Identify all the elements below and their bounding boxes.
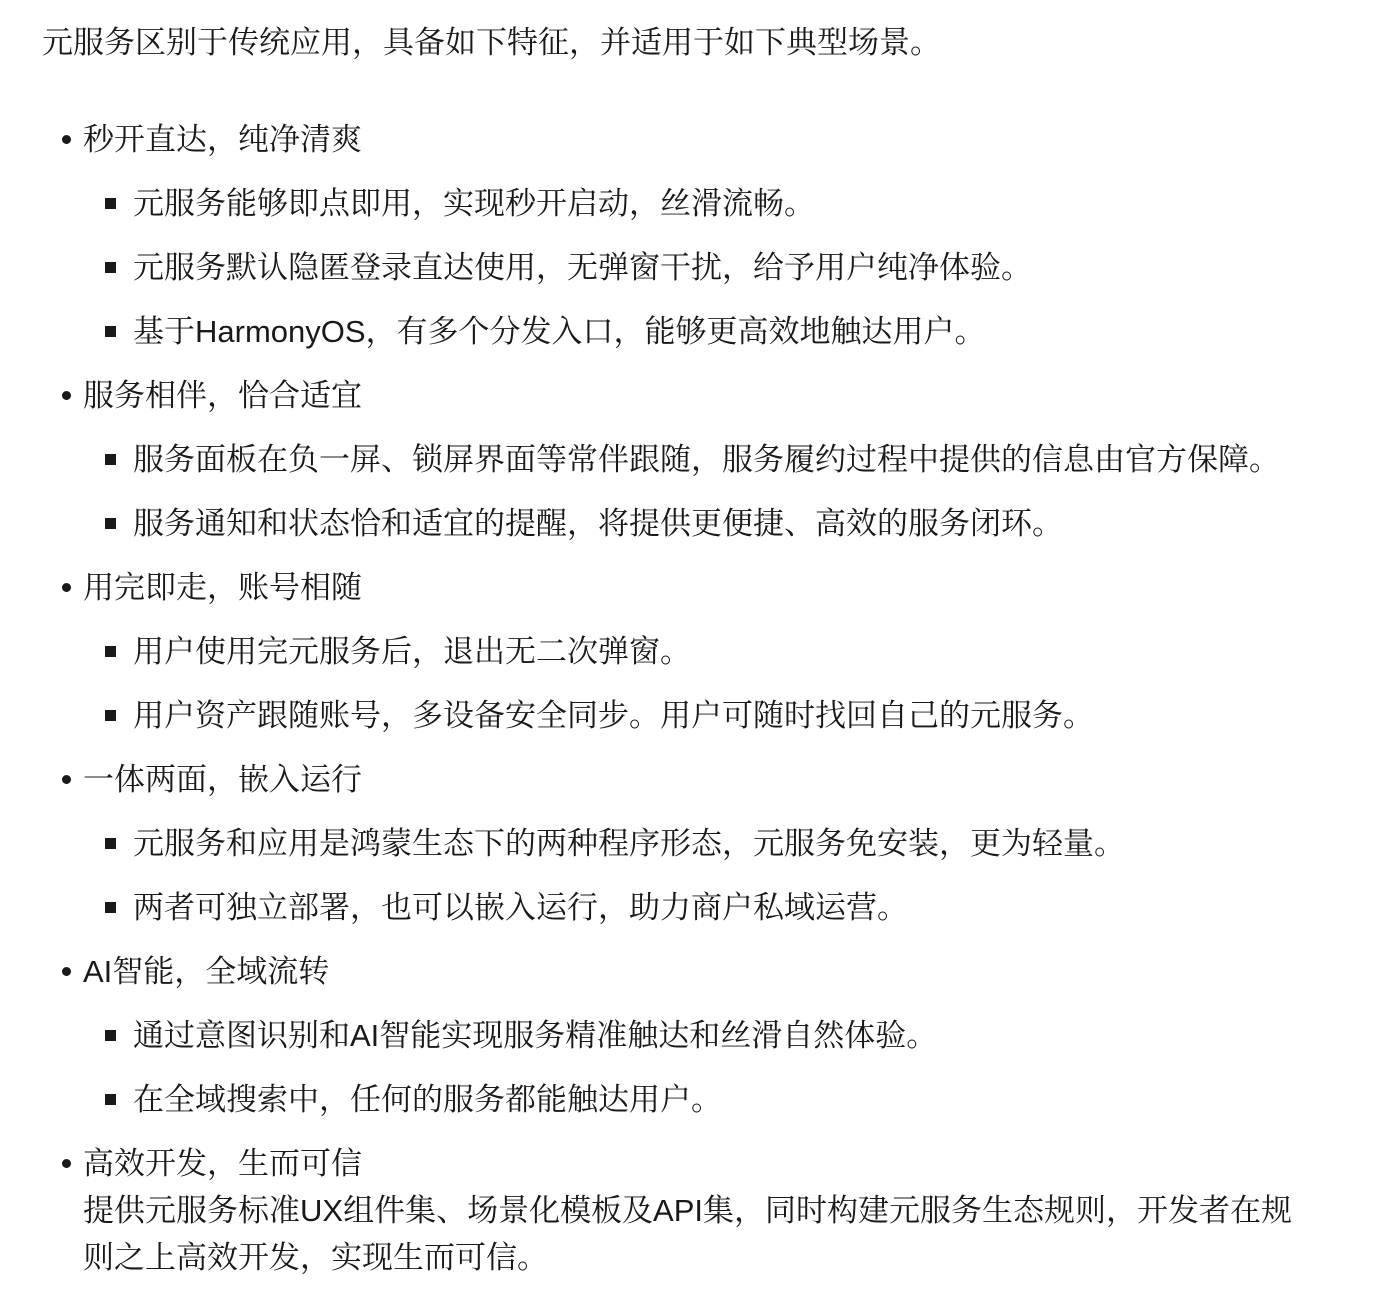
feature-description: 提供元服务标准UX组件集、场景化模板及API集，同时构建元服务生态规则，开发者在… bbox=[83, 1187, 1310, 1281]
bullet-square-icon bbox=[105, 326, 116, 337]
feature-detail: 元服务默认隐匿登录直达使用，无弹窗干扰，给予用户纯净体验。 bbox=[133, 250, 1032, 285]
feature-detail: 服务面板在负一屏、锁屏界面等常伴跟随，服务履约过程中提供的信息由官方保障。 bbox=[133, 442, 1280, 477]
bullet-dot-icon bbox=[62, 1159, 71, 1168]
feature-detail: 用户使用完元服务后，退出无二次弹窗。 bbox=[133, 634, 691, 669]
feature-detail-item: 服务面板在负一屏、锁屏界面等常伴跟随，服务履约过程中提供的信息由官方保障。 bbox=[133, 436, 1310, 483]
feature-sublist: 元服务和应用是鸿蒙生态下的两种程序形态，元服务免安装，更为轻量。 两者可独立部署… bbox=[83, 820, 1310, 931]
feature-detail: 基于HarmonyOS，有多个分发入口，能够更高效地触达用户。 bbox=[133, 314, 986, 349]
bullet-dot-icon bbox=[62, 775, 71, 784]
feature-sublist: 元服务能够即点即用，实现秒开启动，丝滑流畅。 元服务默认隐匿登录直达使用，无弹窗… bbox=[83, 180, 1310, 355]
feature-title: 高效开发，生而可信 bbox=[83, 1146, 362, 1181]
feature-item: 高效开发，生而可信 提供元服务标准UX组件集、场景化模板及API集，同时构建元服… bbox=[83, 1140, 1310, 1281]
bullet-square-icon bbox=[105, 198, 116, 209]
bullet-square-icon bbox=[105, 902, 116, 913]
feature-detail-item: 基于HarmonyOS，有多个分发入口，能够更高效地触达用户。 bbox=[133, 308, 1310, 355]
feature-list: 秒开直达，纯净清爽 元服务能够即点即用，实现秒开启动，丝滑流畅。 元服务默认隐匿… bbox=[42, 116, 1310, 1281]
feature-detail-item: 元服务默认隐匿登录直达使用，无弹窗干扰，给予用户纯净体验。 bbox=[133, 244, 1310, 291]
feature-title: 用完即走，账号相随 bbox=[83, 570, 362, 605]
intro-paragraph: 元服务区别于传统应用，具备如下特征，并适用于如下典型场景。 bbox=[42, 19, 1310, 66]
feature-sublist: 服务面板在负一屏、锁屏界面等常伴跟随，服务履约过程中提供的信息由官方保障。 服务… bbox=[83, 436, 1310, 547]
bullet-dot-icon bbox=[62, 391, 71, 400]
feature-detail-item: 用户资产跟随账号，多设备安全同步。用户可随时找回自己的元服务。 bbox=[133, 692, 1310, 739]
feature-detail-item: 通过意图识别和AI智能实现服务精准触达和丝滑自然体验。 bbox=[133, 1012, 1310, 1059]
feature-item: 服务相伴，恰合适宜 服务面板在负一屏、锁屏界面等常伴跟随，服务履约过程中提供的信… bbox=[83, 372, 1310, 547]
bullet-dot-icon bbox=[62, 135, 71, 144]
feature-detail: 通过意图识别和AI智能实现服务精准触达和丝滑自然体验。 bbox=[133, 1018, 937, 1053]
bullet-square-icon bbox=[105, 1094, 116, 1105]
feature-detail-item: 服务通知和状态恰和适宜的提醒，将提供更便捷、高效的服务闭环。 bbox=[133, 500, 1310, 547]
feature-title: 服务相伴，恰合适宜 bbox=[83, 378, 362, 413]
feature-title: AI智能，全域流转 bbox=[83, 954, 329, 989]
feature-sublist: 通过意图识别和AI智能实现服务精准触达和丝滑自然体验。 在全域搜索中，任何的服务… bbox=[83, 1012, 1310, 1123]
feature-detail: 两者可独立部署，也可以嵌入运行，助力商户私域运营。 bbox=[133, 890, 908, 925]
feature-item: AI智能，全域流转 通过意图识别和AI智能实现服务精准触达和丝滑自然体验。 在全… bbox=[83, 948, 1310, 1123]
feature-item: 一体两面，嵌入运行 元服务和应用是鸿蒙生态下的两种程序形态，元服务免安装，更为轻… bbox=[83, 756, 1310, 931]
feature-title: 一体两面，嵌入运行 bbox=[83, 762, 362, 797]
feature-item: 用完即走，账号相随 用户使用完元服务后，退出无二次弹窗。 用户资产跟随账号，多设… bbox=[83, 564, 1310, 739]
feature-sublist: 用户使用完元服务后，退出无二次弹窗。 用户资产跟随账号，多设备安全同步。用户可随… bbox=[83, 628, 1310, 739]
feature-item: 秒开直达，纯净清爽 元服务能够即点即用，实现秒开启动，丝滑流畅。 元服务默认隐匿… bbox=[83, 116, 1310, 355]
bullet-square-icon bbox=[105, 710, 116, 721]
bullet-square-icon bbox=[105, 1030, 116, 1041]
feature-detail-item: 元服务和应用是鸿蒙生态下的两种程序形态，元服务免安装，更为轻量。 bbox=[133, 820, 1310, 867]
feature-detail-item: 在全域搜索中，任何的服务都能触达用户。 bbox=[133, 1076, 1310, 1123]
feature-detail-item: 两者可独立部署，也可以嵌入运行，助力商户私域运营。 bbox=[133, 884, 1310, 931]
feature-detail: 元服务和应用是鸿蒙生态下的两种程序形态，元服务免安装，更为轻量。 bbox=[133, 826, 1125, 861]
feature-detail: 在全域搜索中，任何的服务都能触达用户。 bbox=[133, 1082, 722, 1117]
bullet-dot-icon bbox=[62, 583, 71, 592]
bullet-square-icon bbox=[105, 262, 116, 273]
feature-detail: 元服务能够即点即用，实现秒开启动，丝滑流畅。 bbox=[133, 186, 815, 221]
feature-detail: 服务通知和状态恰和适宜的提醒，将提供更便捷、高效的服务闭环。 bbox=[133, 506, 1063, 541]
bullet-square-icon bbox=[105, 518, 116, 529]
bullet-square-icon bbox=[105, 838, 116, 849]
feature-detail-item: 用户使用完元服务后，退出无二次弹窗。 bbox=[133, 628, 1310, 675]
feature-detail: 用户资产跟随账号，多设备安全同步。用户可随时找回自己的元服务。 bbox=[133, 698, 1094, 733]
bullet-square-icon bbox=[105, 454, 116, 465]
feature-detail-item: 元服务能够即点即用，实现秒开启动，丝滑流畅。 bbox=[133, 180, 1310, 227]
bullet-square-icon bbox=[105, 646, 116, 657]
bullet-dot-icon bbox=[62, 967, 71, 976]
feature-title: 秒开直达，纯净清爽 bbox=[83, 122, 362, 157]
